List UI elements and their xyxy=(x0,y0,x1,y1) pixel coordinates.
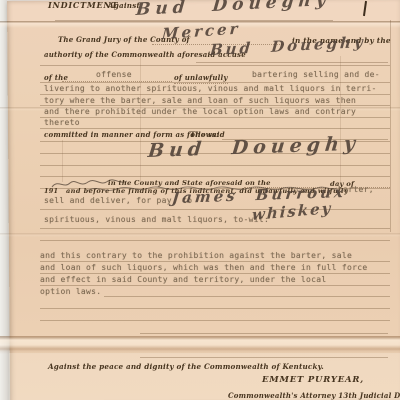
ruled-line xyxy=(40,240,390,241)
ruled-line xyxy=(40,65,390,66)
offense-typed: offense xyxy=(96,71,132,79)
peace-dignity-line: Against the peace and dignity of the Com… xyxy=(48,363,324,370)
attorney-name: EMMET PURYEAR, xyxy=(262,376,364,385)
ruled-line xyxy=(40,228,390,229)
ruled-line xyxy=(55,20,333,21)
ruled-line xyxy=(140,333,388,334)
ruled-line xyxy=(40,261,390,262)
ruled-line xyxy=(104,296,390,297)
sell-deliver-typed: sell and deliver, for pay, to xyxy=(44,197,192,205)
ruled-line xyxy=(196,62,388,63)
ruled-line xyxy=(40,128,390,129)
contrary-line: and effect in said County and territory,… xyxy=(40,276,327,284)
attorney-title: Commonwealth's Attorney 13th Judicial Di… xyxy=(228,392,400,399)
offense-typed-line: tory where the barter, sale and loan of … xyxy=(44,97,356,105)
scanned-indictment-document: INDICTMENT Against Bud Doueghy The Grand… xyxy=(0,0,400,400)
ruled-line xyxy=(40,273,390,274)
ruled-line xyxy=(140,357,388,358)
offense-typed-line: thereto xyxy=(44,119,80,127)
ruled-line xyxy=(40,320,390,321)
ruled-line xyxy=(40,94,390,95)
ruled-line xyxy=(40,165,390,166)
ruled-line xyxy=(40,117,390,118)
offense-typed-line: livering to another spirituous, vinous a… xyxy=(44,85,377,93)
unlawfully-label: of unlawfully xyxy=(174,74,228,84)
contrary-line: and this contrary to the prohibition aga… xyxy=(40,252,352,260)
ruled-line xyxy=(40,209,390,210)
liquor-typed: spirituous, vinous and malt liquors, to-… xyxy=(44,216,269,224)
ruled-line xyxy=(40,285,390,286)
of-the-label: of the xyxy=(44,74,68,81)
offense-typed-line: and there prohibited under the local opt… xyxy=(44,108,356,116)
ruled-line xyxy=(40,105,390,106)
ruled-line xyxy=(40,308,390,309)
year-prefix: 191 xyxy=(44,188,58,195)
offense-typed-intro: bartering selling and de- xyxy=(252,71,380,79)
contrary-line: and loan of such liquors, which was then… xyxy=(40,264,367,272)
vertical-crease-1 xyxy=(140,56,141,182)
right-margin-line xyxy=(390,20,391,232)
contrary-line: option laws. xyxy=(40,288,101,296)
